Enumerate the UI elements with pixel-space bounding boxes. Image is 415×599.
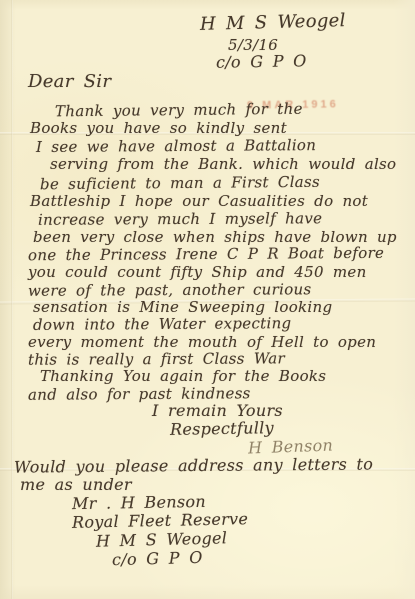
postscript-line: me as under bbox=[20, 475, 132, 494]
letter-page: 9 MAR 1916 H M S Weogel 5/3/16 c/o G P O… bbox=[0, 0, 415, 599]
salutation: Dear Sir bbox=[28, 71, 111, 92]
postscript-line: Would you please address any letters to bbox=[14, 454, 373, 476]
body-line: increase very much I myself have bbox=[38, 209, 322, 228]
closing-line: I remain Yours bbox=[152, 401, 283, 420]
body-line: Books you have so kindly sent bbox=[30, 119, 287, 137]
header-ship-line: H M S Weogel bbox=[200, 10, 346, 35]
body-line: Battleship I hope our Casualities do not bbox=[30, 192, 368, 210]
body-line: were of the past, another curious bbox=[28, 280, 312, 299]
header-careof-line: c/o G P O bbox=[216, 51, 307, 72]
body-line: one the Princess Irene C P R Boat before bbox=[28, 244, 384, 264]
body-line: serving from the Bank. which would also bbox=[50, 155, 396, 173]
paper-edge-crease bbox=[11, 0, 13, 599]
body-line: Thanking You again for the Books bbox=[40, 367, 326, 385]
closing-line: Respectfully bbox=[170, 418, 274, 439]
body-line: Thank you very much for the bbox=[55, 100, 303, 121]
body-line: I see we have almost a Battalion bbox=[36, 136, 316, 156]
body-line: this is really a first Class War bbox=[28, 349, 285, 368]
body-line: every moment the mouth of Hell to open bbox=[28, 333, 376, 351]
body-line: down into the Water expecting bbox=[33, 314, 292, 334]
body-line: you could count fifty Ship and 450 men bbox=[28, 263, 367, 281]
address-line: H M S Weogel bbox=[96, 528, 228, 550]
body-line: be suficient to man a First Class bbox=[40, 173, 320, 193]
address-line: c/o G P O bbox=[112, 548, 203, 569]
